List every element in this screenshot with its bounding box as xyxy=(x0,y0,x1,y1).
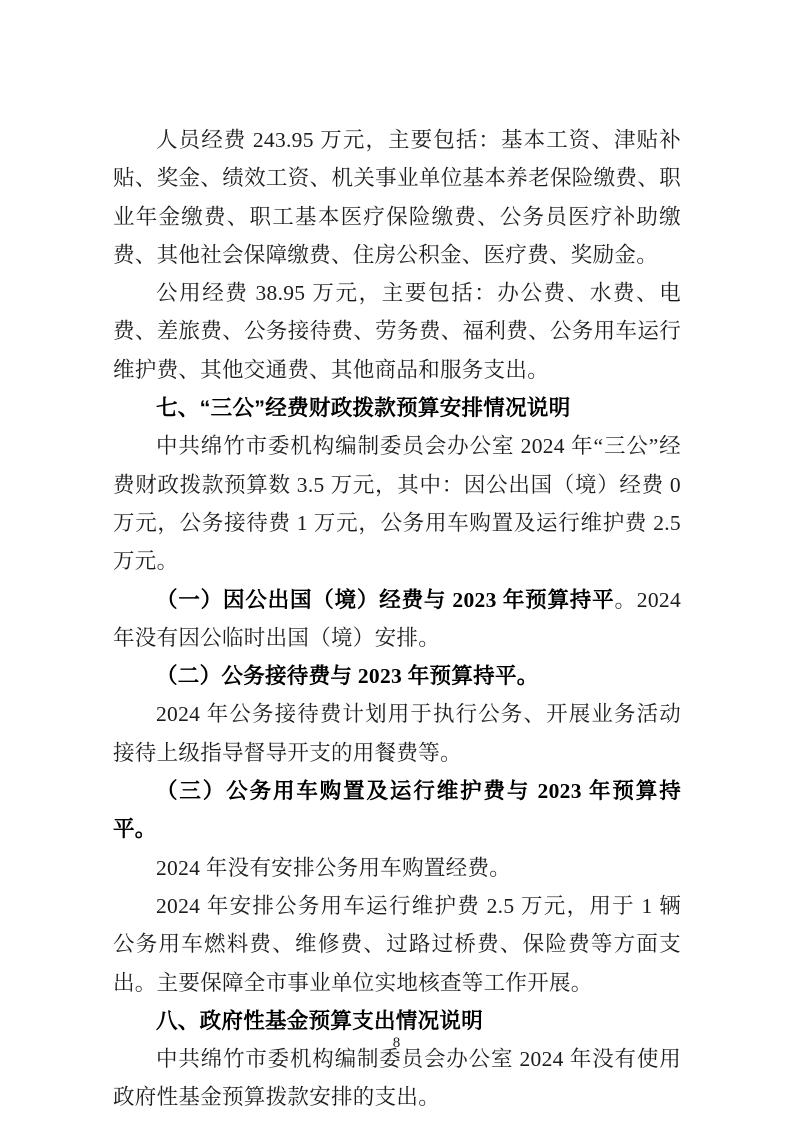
page-number: 8 xyxy=(0,1034,793,1052)
document-body: 人员经费 243.95 万元，主要包括：基本工资、津贴补贴、奖金、绩效工资、机关… xyxy=(113,121,681,1117)
document-page: 人员经费 243.95 万元，主要包括：基本工资、津贴补贴、奖金、绩效工资、机关… xyxy=(0,0,793,1122)
paragraph-personnel-expenses: 人员经费 243.95 万元，主要包括：基本工资、津贴补贴、奖金、绩效工资、机关… xyxy=(113,121,681,274)
subheading-item-two-text: （二）公务接待费与 2023 年预算持平。 xyxy=(156,664,539,688)
subheading-item-one: （一）因公出国（境）经费与 2023 年预算持平 xyxy=(156,588,614,612)
section-heading-seven: 七、“三公”经费财政拨款预算安排情况说明 xyxy=(113,389,681,427)
paragraph-no-vehicle-purchase: 2024 年没有安排公务用车购置经费。 xyxy=(113,849,681,887)
paragraph-three-public-budget: 中共绵竹市委机构编制委员会办公室 2024 年“三公”经费财政拨款预算数 3.5… xyxy=(113,427,681,580)
paragraph-reception-expenses: 2024 年公务接待费计划用于执行公务、开展业务活动接待上级指导督导开支的用餐费… xyxy=(113,695,681,772)
subheading-item-three-text: （三）公务用车购置及运行维护费与 2023 年预算持平。 xyxy=(113,779,681,841)
subheading-item-two: （二）公务接待费与 2023 年预算持平。 xyxy=(113,657,681,695)
paragraph-public-expenses: 公用经费 38.95 万元，主要包括：办公费、水费、电费、差旅费、公务接待费、劳… xyxy=(113,274,681,389)
paragraph-vehicle-maintenance: 2024 年安排公务用车运行维护费 2.5 万元，用于 1 辆公务用车燃料费、维… xyxy=(113,887,681,1002)
subheading-item-three: （三）公务用车购置及运行维护费与 2023 年预算持平。 xyxy=(113,772,681,849)
paragraph-abroad-expenses: （一）因公出国（境）经费与 2023 年预算持平。2024 年没有因公临时出国（… xyxy=(113,581,681,658)
